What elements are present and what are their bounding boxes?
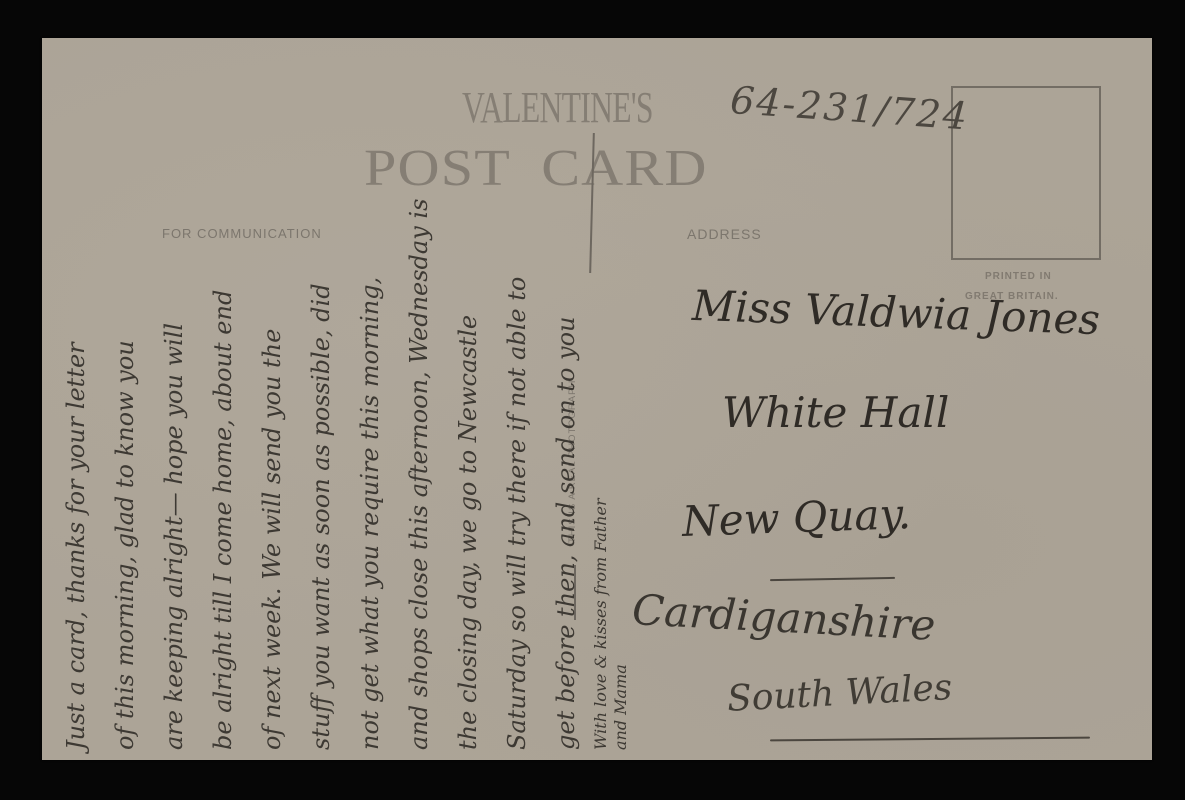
- town-underline: [770, 577, 895, 581]
- message-line: Saturday so will try there if not able t…: [493, 60, 542, 750]
- scan-background: VALENTINE'S POST CARD FOR COMMUNICATION …: [0, 0, 1185, 800]
- message-line: are keeping alright— hope you will: [150, 60, 199, 750]
- message-line: and shops close this afternoon, Wednesda…: [395, 60, 444, 750]
- message-line: Just a card, thanks for your letter: [52, 60, 101, 750]
- message-line: be alright till I come home, about end: [199, 60, 248, 750]
- message-line: not get what you require this morning,: [346, 60, 395, 750]
- address-label: ADDRESS: [687, 226, 762, 242]
- message-line: of next week. We will send you the: [248, 60, 297, 750]
- printed-in-label: PRINTED IN: [985, 271, 1052, 282]
- address-region: South Wales: [726, 667, 953, 720]
- message-line: the closing day, we go to Newcastle: [444, 60, 493, 750]
- postcard: VALENTINE'S POST CARD FOR COMMUNICATION …: [42, 38, 1152, 760]
- message-signoff: and Mama: [611, 60, 631, 750]
- archive-reference-number: 64-231/724: [729, 78, 971, 139]
- address-house: White Hall: [722, 388, 949, 437]
- address-town: New Quay.: [681, 489, 912, 546]
- message-signoff: With love & kisses from Father: [591, 60, 611, 750]
- handwritten-message: Just a card, thanks for your letter of t…: [52, 60, 631, 750]
- address-county: Cardiganshire: [631, 585, 937, 650]
- message-line: of this morning, glad to know you: [101, 60, 150, 750]
- stamp-box: [951, 86, 1101, 260]
- message-line: stuff you want as soon as possible, did: [297, 60, 346, 750]
- region-underline: [770, 737, 1090, 742]
- message-line: get before then, and send on to you: [542, 60, 591, 750]
